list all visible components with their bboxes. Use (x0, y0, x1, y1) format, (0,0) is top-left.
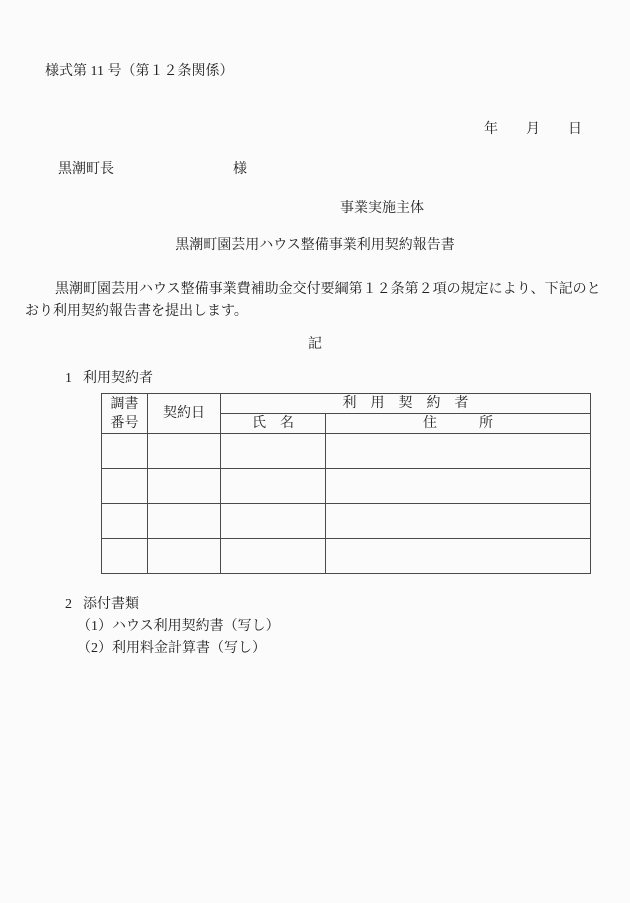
cell-keiyakubi (148, 539, 221, 574)
date-line: 年 月 日 (0, 120, 582, 140)
body-paragraph: 黒潮町園芸用ハウス整備事業費補助金交付要綱第１２条第２項の規定により、下記のと … (25, 279, 605, 323)
section-1-heading: 1 利用契約者 (62, 369, 153, 389)
table-row (102, 434, 591, 469)
cell-shimei (221, 469, 326, 504)
section-2-heading: 2 添付書類 (62, 595, 139, 615)
table-row (102, 539, 591, 574)
cell-keiyakubi (148, 504, 221, 539)
addressee-honorific: 様 (233, 160, 247, 180)
section-2-number: 2 (62, 595, 75, 615)
body-paragraph-line1: 黒潮町園芸用ハウス整備事業費補助金交付要綱第１２条第２項の規定により、下記のと (25, 279, 605, 301)
attachment-item-2: （2）利用料金計算書（写し） (77, 638, 280, 660)
cell-shimei (221, 539, 326, 574)
cell-shimei (221, 504, 326, 539)
cell-chosho-bango (102, 434, 148, 469)
header-riyo-keiyakusha-group: 利 用 契 約 者 (221, 394, 591, 414)
addressee-line: 黒潮町長 様 (58, 160, 247, 180)
header-bango: 番号 (102, 414, 147, 433)
header-chosho: 調書 (102, 395, 147, 414)
cell-chosho-bango (102, 504, 148, 539)
issuer-label: 事業実施主体 (340, 199, 424, 219)
document-page: 様式第 11 号（第１２条関係） 年 月 日 黒潮町長 様 事業実施主体 黒潮町… (0, 0, 630, 903)
addressee-name: 黒潮町長 (58, 160, 114, 180)
header-jusho: 住 所 (326, 414, 591, 434)
body-paragraph-line2: おり利用契約報告書を提出します。 (25, 301, 605, 323)
cell-jusho (326, 469, 591, 504)
cell-keiyakubi (148, 434, 221, 469)
section-1-label: 利用契約者 (83, 369, 153, 389)
form-number: 様式第 11 号（第１２条関係） (45, 62, 233, 82)
table-row (102, 504, 591, 539)
header-shimei: 氏 名 (221, 414, 326, 434)
section-1-number: 1 (62, 369, 75, 389)
cell-keiyakubi (148, 469, 221, 504)
contract-table: 調書番号 契約日 利 用 契 約 者 氏 名 住 所 (101, 393, 591, 574)
ki-marker: 記 (0, 335, 630, 355)
cell-chosho-bango (102, 539, 148, 574)
document-title: 黒潮町園芸用ハウス整備事業利用契約報告書 (0, 236, 630, 256)
cell-shimei (221, 434, 326, 469)
section-2-label: 添付書類 (83, 595, 139, 615)
attachments-list: （1）ハウス利用契約書（写し） （2）利用料金計算書（写し） (77, 616, 280, 660)
header-chosho-bango: 調書番号 (102, 394, 148, 434)
attachment-item-1: （1）ハウス利用契約書（写し） (77, 616, 280, 638)
cell-jusho (326, 539, 591, 574)
cell-jusho (326, 504, 591, 539)
table-row (102, 469, 591, 504)
header-keiyakubi: 契約日 (148, 394, 221, 434)
cell-chosho-bango (102, 469, 148, 504)
cell-jusho (326, 434, 591, 469)
